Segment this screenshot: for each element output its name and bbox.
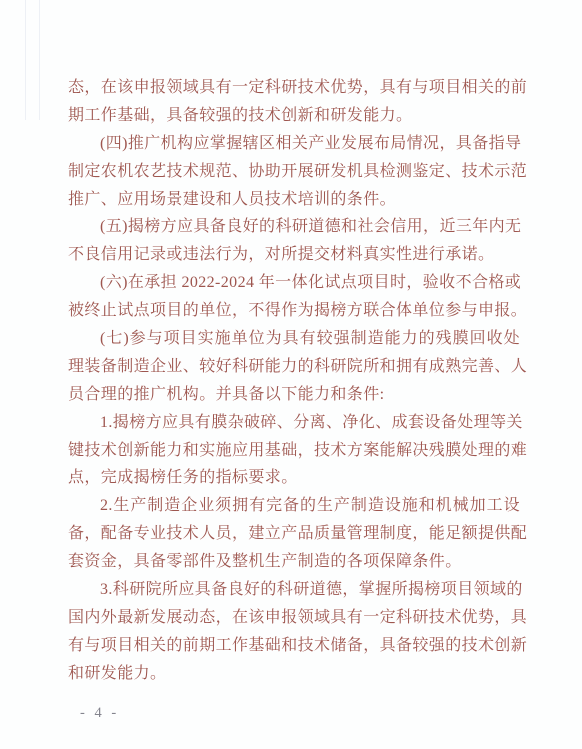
text-line: 和研发能力。 xyxy=(68,660,520,688)
text-line: 态，在该申报领域具有一定科研技术优势，具有与项目相关的前 xyxy=(68,74,520,102)
text-line: 理装备制造企业、较好科研能力的科研院所和拥有成熟完善、人 xyxy=(68,353,520,381)
text-line: 制定农机农艺技术规范、协助开展研发机具检测鉴定、技术示范 xyxy=(68,158,520,186)
document-page: 态，在该申报领域具有一定科研技术优势，具有与项目相关的前期工作基础，具备较强的技… xyxy=(0,0,582,749)
text-line: 2.生产制造企业须拥有完备的生产制造设施和机械加工设 xyxy=(68,492,520,520)
text-line: 国内外最新发展动态，在该申报领域具有一定科研技术优势，具 xyxy=(68,604,520,632)
text-line: 备，配备专业技术人员，建立产品质量管理制度，能足额提供配 xyxy=(68,520,520,548)
text-line: 3.科研院所应具备良好的科研道德，掌握所揭榜项目领域的 xyxy=(68,576,520,604)
text-line: 套资金，具备零部件及整机生产制造的各项保障条件。 xyxy=(68,548,520,576)
text-line: 员合理的推广机构。并具备以下能力和条件: xyxy=(68,381,520,409)
text-line: 键技术创新能力和实施应用基础，技术方案能解决残膜处理的难 xyxy=(68,437,520,465)
text-line: (四)推广机构应掌握辖区相关产业发展布局情况，具备指导 xyxy=(68,130,520,158)
text-line: (五)揭榜方应具备良好的科研道德和社会信用，近三年内无 xyxy=(68,213,520,241)
text-line: (七)参与项目实施单位为具有较强制造能力的残膜回收处 xyxy=(68,325,520,353)
document-body: 态，在该申报领域具有一定科研技术优势，具有与项目相关的前期工作基础，具备较强的技… xyxy=(68,74,520,688)
scan-artifact-line xyxy=(25,0,26,120)
text-line: 有与项目相关的前期工作基础和技术储备，具备较强的技术创新 xyxy=(68,632,520,660)
text-line: (六)在承担 2022-2024 年一体化试点项目时，验收不合格或 xyxy=(68,269,520,297)
text-line: 点，完成揭榜任务的指标要求。 xyxy=(68,464,520,492)
text-line: 不良信用记录或违法行为，对所提交材料真实性进行承诺。 xyxy=(68,241,520,269)
text-line: 期工作基础，具备较强的技术创新和研发能力。 xyxy=(68,102,520,130)
text-line: 1.揭榜方应具有膜杂破碎、分离、净化、成套设备处理等关 xyxy=(68,409,520,437)
page-number: - 4 - xyxy=(80,705,119,722)
text-line: 被终止试点项目的单位，不得作为揭榜方联合体单位参与申报。 xyxy=(68,297,520,325)
scan-artifact-line xyxy=(39,0,40,120)
text-line: 推广、应用场景建设和人员技术培训的条件。 xyxy=(68,186,520,214)
